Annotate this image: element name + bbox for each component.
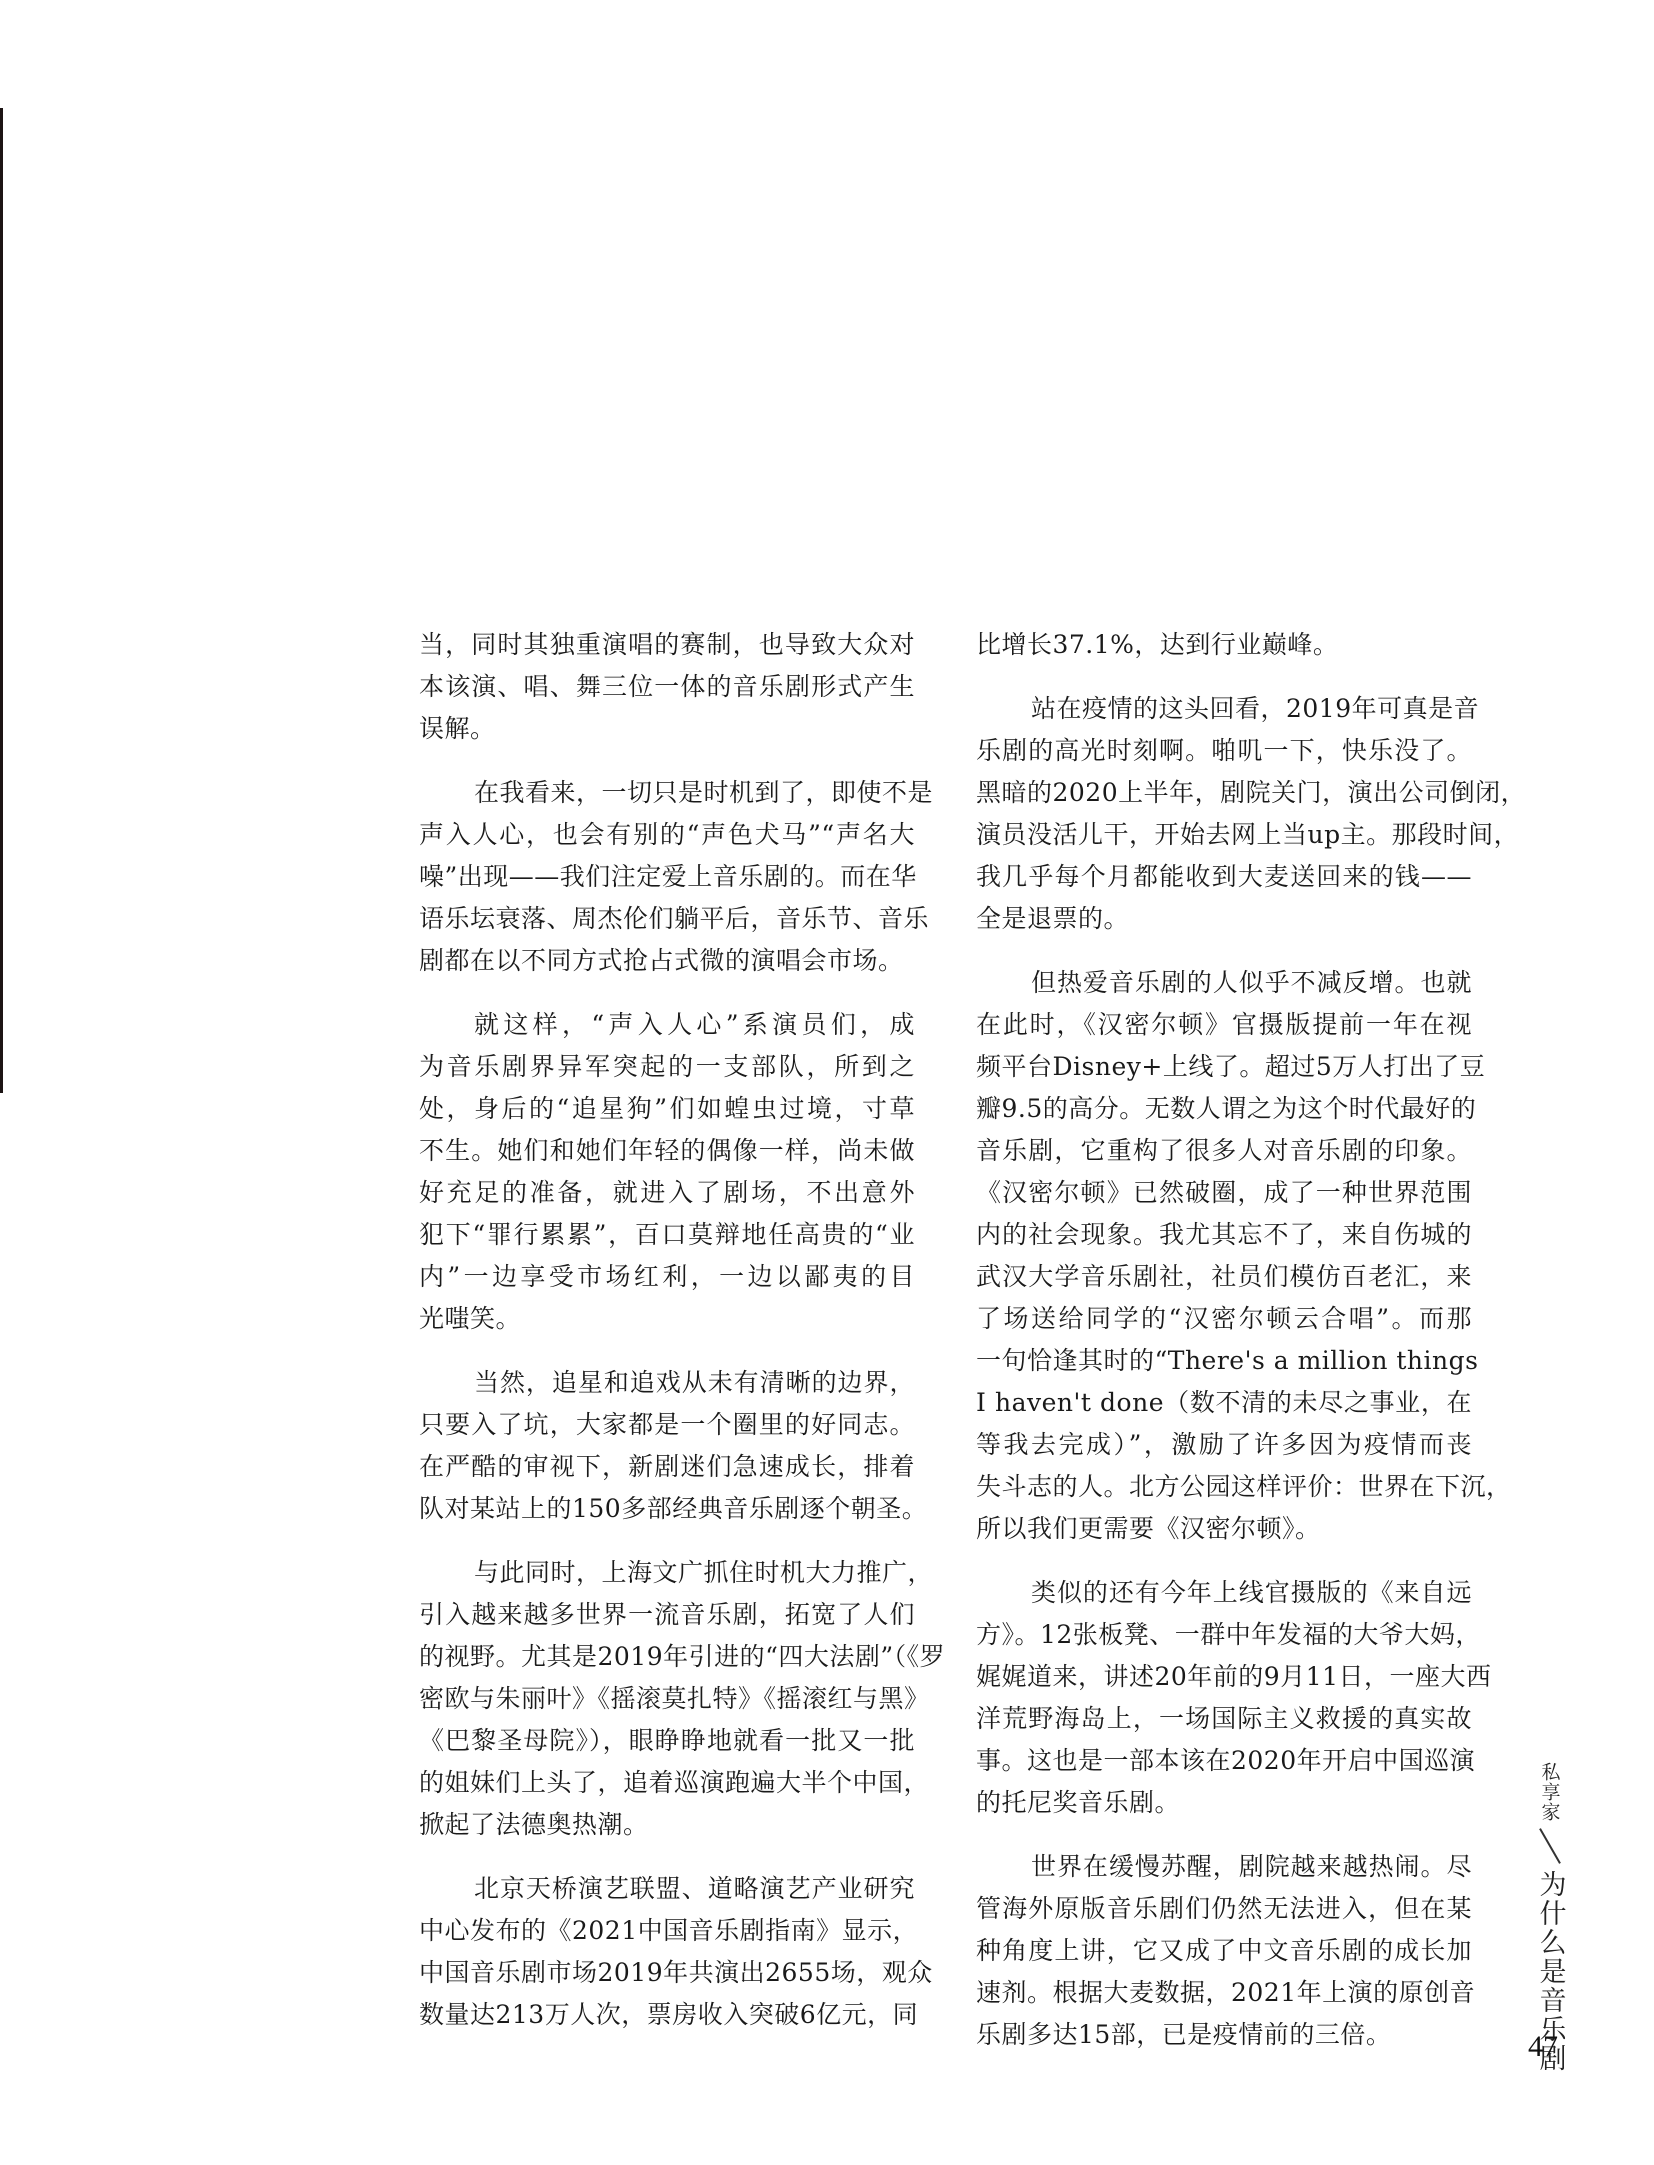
text-line: 失斗志的人。北方公园这样评价：世界在下沉， [976, 1466, 1472, 1508]
text-line: 在我看来，一切只是时机到了，即使不是 [419, 772, 915, 814]
text-line: 演员没活儿干，开始去网上当up主。那段时间， [976, 814, 1472, 856]
text-line: 的托尼奖音乐剧。 [976, 1782, 1472, 1824]
paragraph: 比增长37.1%，达到行业巅峰。 [976, 624, 1472, 666]
text-line: 种角度上讲，它又成了中文音乐剧的成长加 [976, 1930, 1472, 1972]
text-line: 娓娓道来，讲述20年前的9月11日，一座大西 [976, 1656, 1472, 1698]
text-line: 瓣9.5的高分。无数人谓之为这个时代最好的 [976, 1088, 1472, 1130]
running-header: 私享家 为什么是音乐剧 [1530, 1762, 1570, 2073]
text-line: 洋荒野海岛上，一场国际主义救援的真实故 [976, 1698, 1472, 1740]
text-line: 站在疫情的这头回看，2019年可真是音 [976, 688, 1472, 730]
paragraph: 但热爱音乐剧的人似乎不减反增。也就在此时，《汉密尔顿》官摄版提前一年在视频平台D… [976, 962, 1472, 1550]
page-edge-rule [0, 108, 3, 1093]
text-line: 比增长37.1%，达到行业巅峰。 [976, 624, 1472, 666]
text-line: 队对某站上的150多部经典音乐剧逐个朝圣。 [419, 1488, 915, 1530]
text-line: 中心发布的《2021中国音乐剧指南》显示， [419, 1910, 915, 1952]
text-line: 乐剧的高光时刻啊。啪叽一下，快乐没了。 [976, 730, 1472, 772]
text-line: 中国音乐剧市场2019年共演出2655场，观众 [419, 1952, 915, 1994]
paragraph: 与此同时，上海文广抓住时机大力推广，引入越来越多世界一流音乐剧，拓宽了人们的视野… [419, 1552, 915, 1846]
text-line: 当然，追星和追戏从未有清晰的边界， [419, 1362, 915, 1404]
text-line: I haven't done（数不清的未尽之事业，在 [976, 1382, 1472, 1424]
text-line: 犯下“罪行累累”，百口莫辩地任高贵的“业 [419, 1214, 915, 1256]
paragraph: 站在疫情的这头回看，2019年可真是音乐剧的高光时刻啊。啪叽一下，快乐没了。黑暗… [976, 688, 1472, 940]
paragraph: 当，同时其独重演唱的赛制，也导致大众对本该演、唱、舞三位一体的音乐剧形式产生误解… [419, 624, 915, 750]
text-line: 黑暗的2020上半年，剧院关门，演出公司倒闭， [976, 772, 1472, 814]
text-line: 引入越来越多世界一流音乐剧，拓宽了人们 [419, 1594, 915, 1636]
text-line: 本该演、唱、舞三位一体的音乐剧形式产生 [419, 666, 915, 708]
text-line: 速剂。根据大麦数据，2021年上演的原创音 [976, 1972, 1472, 2014]
text-line: 只要入了坑，大家都是一个圈里的好同志。 [419, 1404, 915, 1446]
paragraph: 在我看来，一切只是时机到了，即使不是声入人心，也会有别的“声色犬马”“声名大噪”… [419, 772, 915, 982]
right-text-column: 比增长37.1%，达到行业巅峰。站在疫情的这头回看，2019年可真是音乐剧的高光… [976, 624, 1472, 2078]
text-line: 《汉密尔顿》已然破圈，成了一种世界范围 [976, 1172, 1472, 1214]
text-line: 方》。12张板凳、一群中年发福的大爷大妈， [976, 1614, 1472, 1656]
text-line: 为音乐剧界异军突起的一支部队，所到之 [419, 1046, 915, 1088]
text-line: 剧都在以不同方式抢占式微的演唱会市场。 [419, 940, 915, 982]
text-line: 掀起了法德奥热潮。 [419, 1804, 915, 1846]
text-line: 内的社会现象。我尤其忘不了，来自伤城的 [976, 1214, 1472, 1256]
text-line: 内”一边享受市场红利，一边以鄙夷的目 [419, 1256, 915, 1298]
text-line: 一句恰逢其时的“There's a million things [976, 1340, 1472, 1382]
text-line: 误解。 [419, 708, 915, 750]
text-line: 好充足的准备，就进入了剧场，不出意外 [419, 1172, 915, 1214]
text-line: 光嗤笑。 [419, 1298, 915, 1340]
text-line: 乐剧多达15部，已是疫情前的三倍。 [976, 2014, 1472, 2056]
text-line: 的姐妹们上头了，追着巡演跑遍大半个中国， [419, 1762, 915, 1804]
text-line: 《巴黎圣母院》），眼睁睁地就看一批又一批 [419, 1720, 915, 1762]
text-line: 北京天桥演艺联盟、道略演艺产业研究 [419, 1868, 915, 1910]
text-line: 语乐坛衰落、周杰伦们躺平后，音乐节、音乐 [419, 898, 915, 940]
slash-divider [1539, 1828, 1561, 1864]
text-line: 数量达213万人次，票房收入突破6亿元，同 [419, 1994, 915, 2036]
text-line: 不生。她们和她们年轻的偶像一样，尚未做 [419, 1130, 915, 1172]
text-line: 世界在缓慢苏醒，剧院越来越热闹。尽 [976, 1846, 1472, 1888]
text-line: 密欧与朱丽叶》《摇滚莫扎特》《摇滚红与黑》 [419, 1678, 915, 1720]
text-line: 在此时，《汉密尔顿》官摄版提前一年在视 [976, 1004, 1472, 1046]
text-line: 就这样，“声入人心”系演员们，成 [419, 1004, 915, 1046]
paragraph: 类似的还有今年上线官摄版的《来自远方》。12张板凳、一群中年发福的大爷大妈，娓娓… [976, 1572, 1472, 1824]
text-line: 了场送给同学的“汉密尔顿云合唱”。而那 [976, 1298, 1472, 1340]
text-line: 频平台Disney+上线了。超过5万人打出了豆 [976, 1046, 1472, 1088]
page-number: 47 [1528, 2030, 1558, 2064]
text-line: 与此同时，上海文广抓住时机大力推广， [419, 1552, 915, 1594]
text-line: 所以我们更需要《汉密尔顿》。 [976, 1508, 1472, 1550]
paragraph: 世界在缓慢苏醒，剧院越来越热闹。尽管海外原版音乐剧们仍然无法进入，但在某种角度上… [976, 1846, 1472, 2056]
text-line: 音乐剧，它重构了很多人对音乐剧的印象。 [976, 1130, 1472, 1172]
text-line: 当，同时其独重演唱的赛制，也导致大众对 [419, 624, 915, 666]
text-line: 处，身后的“追星狗”们如蝗虫过境，寸草 [419, 1088, 915, 1130]
paragraph: 就这样，“声入人心”系演员们，成为音乐剧界异军突起的一支部队，所到之处，身后的“… [419, 1004, 915, 1340]
section-label: 私享家 [1537, 1762, 1564, 1822]
paragraph: 当然，追星和追戏从未有清晰的边界，只要入了坑，大家都是一个圈里的好同志。在严酷的… [419, 1362, 915, 1530]
text-line: 武汉大学音乐剧社，社员们模仿百老汇，来 [976, 1256, 1472, 1298]
text-line: 等我去完成）”，激励了许多因为疫情而丧 [976, 1424, 1472, 1466]
text-line: 类似的还有今年上线官摄版的《来自远 [976, 1572, 1472, 1614]
text-line: 事。这也是一部本该在2020年开启中国巡演 [976, 1740, 1472, 1782]
left-text-column: 当，同时其独重演唱的赛制，也导致大众对本该演、唱、舞三位一体的音乐剧形式产生误解… [419, 624, 915, 2058]
text-line: 的视野。尤其是2019年引进的“四大法剧”（《罗 [419, 1636, 915, 1678]
text-line: 管海外原版音乐剧们仍然无法进入，但在某 [976, 1888, 1472, 1930]
text-line: 但热爱音乐剧的人似乎不减反增。也就 [976, 962, 1472, 1004]
text-line: 噪”出现——我们注定爱上音乐剧的。而在华 [419, 856, 915, 898]
text-line: 在严酷的审视下，新剧迷们急速成长，排着 [419, 1446, 915, 1488]
text-line: 声入人心，也会有别的“声色犬马”“声名大 [419, 814, 915, 856]
paragraph: 北京天桥演艺联盟、道略演艺产业研究中心发布的《2021中国音乐剧指南》显示，中国… [419, 1868, 915, 2036]
text-line: 全是退票的。 [976, 898, 1472, 940]
text-line: 我几乎每个月都能收到大麦送回来的钱—— [976, 856, 1472, 898]
